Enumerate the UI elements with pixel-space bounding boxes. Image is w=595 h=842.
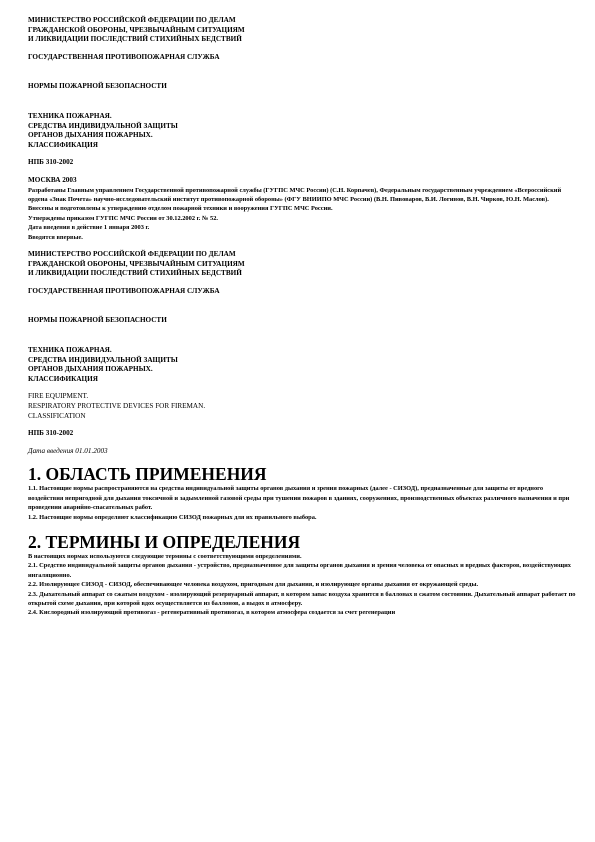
norms-label: НОРМЫ ПОЖАРНОЙ БЕЗОПАСНОСТИ <box>28 82 576 92</box>
document-page: МИНИСТЕРСТВО РОССИЙСКОЙ ФЕДЕРАЦИИ ПО ДЕЛ… <box>28 16 576 618</box>
section-2-paragraph: 2.2. Изолирующее СИЗОД - СИЗОД, обеспечи… <box>28 580 576 589</box>
section-1-paragraph: 1.2. Настоящие нормы определяют классифи… <box>28 513 576 522</box>
english-title-line: CLASSIFICATION <box>28 412 576 422</box>
document-title: ТЕХНИКА ПОЖАРНАЯ. СРЕДСТВА ИНДИВИДУАЛЬНО… <box>28 112 576 150</box>
title-line: ОРГАНОВ ДЫХАНИЯ ПОЖАРНЫХ. <box>28 365 576 375</box>
section-2-paragraph: 2.4. Кислородный изолирующий противогаз … <box>28 608 576 617</box>
title-line: КЛАССИФИКАЦИЯ <box>28 141 576 151</box>
english-title-line: RESPIRATORY PROTECTIVE DEVICES FOR FIREM… <box>28 402 576 412</box>
header-block-1: МИНИСТЕРСТВО РОССИЙСКОЙ ФЕДЕРАЦИИ ПО ДЕЛ… <box>28 16 576 186</box>
title-line: КЛАССИФИКАЦИЯ <box>28 375 576 385</box>
ministry-line: ГРАЖДАНСКОЙ ОБОРОНЫ, ЧРЕЗВЫЧАЙНЫМ СИТУАЦ… <box>28 26 576 36</box>
service-name: ГОСУДАРСТВЕННАЯ ПРОТИВОПОЖАРНАЯ СЛУЖБА <box>28 287 576 297</box>
section-1-paragraph: 1.1. Настоящие нормы распространяются на… <box>28 484 576 512</box>
section-2-intro: В настоящих нормах используются следующи… <box>28 552 576 561</box>
section-2-paragraph: 2.3. Дыхательный аппарат со сжатым возду… <box>28 590 576 609</box>
section-2-paragraph: 2.1. Средство индивидуальной защиты орга… <box>28 561 576 580</box>
title-line: СРЕДСТВА ИНДИВИДУАЛЬНОЙ ЗАЩИТЫ <box>28 356 576 366</box>
title-line: ОРГАНОВ ДЫХАНИЯ ПОЖАРНЫХ. <box>28 131 576 141</box>
ministry-line: МИНИСТЕРСТВО РОССИЙСКОЙ ФЕДЕРАЦИИ ПО ДЕЛ… <box>28 16 576 26</box>
english-title-line: FIRE EQUIPMENT. <box>28 392 576 402</box>
service-name: ГОСУДАРСТВЕННАЯ ПРОТИВОПОЖАРНАЯ СЛУЖБА <box>28 53 576 63</box>
approved-by: Утверждены приказом ГУГПС МЧС России от … <box>28 214 576 223</box>
document-code: НПБ 310-2002 <box>28 429 576 439</box>
norms-label: НОРМЫ ПОЖАРНОЙ БЕЗОПАСНОСТИ <box>28 316 576 326</box>
title-line: ТЕХНИКА ПОЖАРНАЯ. <box>28 112 576 122</box>
intro-date: Дата введения 01.01.2003 <box>28 447 576 457</box>
effective-date: Дата введения в действие 1 января 2003 г… <box>28 223 576 232</box>
document-title: ТЕХНИКА ПОЖАРНАЯ. СРЕДСТВА ИНДИВИДУАЛЬНО… <box>28 346 576 384</box>
ministry-line: И ЛИКВИДАЦИИ ПОСЛЕДСТВИЙ СТИХИЙНЫХ БЕДСТ… <box>28 269 576 279</box>
city-year: МОСКВА 2003 <box>28 176 576 186</box>
document-code: НПБ 310-2002 <box>28 158 576 168</box>
section-1-heading: 1. ОБЛАСТЬ ПРИМЕНЕНИЯ <box>28 464 576 484</box>
english-title: FIRE EQUIPMENT. RESPIRATORY PROTECTIVE D… <box>28 392 576 421</box>
ministry-line: ГРАЖДАНСКОЙ ОБОРОНЫ, ЧРЕЗВЫЧАЙНЫМ СИТУАЦ… <box>28 260 576 270</box>
first-time-note: Вводятся впервые. <box>28 233 576 242</box>
ministry-line: МИНИСТЕРСТВО РОССИЙСКОЙ ФЕДЕРАЦИИ ПО ДЕЛ… <box>28 250 576 260</box>
title-line: СРЕДСТВА ИНДИВИДУАЛЬНОЙ ЗАЩИТЫ <box>28 122 576 132</box>
section-2-heading: 2. ТЕРМИНЫ И ОПРЕДЕЛЕНИЯ <box>28 532 576 552</box>
introduced-by: Внесены и подготовлены к утверждению отд… <box>28 204 576 213</box>
title-line: ТЕХНИКА ПОЖАРНАЯ. <box>28 346 576 356</box>
ministry-line: И ЛИКВИДАЦИИ ПОСЛЕДСТВИЙ СТИХИЙНЫХ БЕДСТ… <box>28 35 576 45</box>
developed-by: Разработаны Главным управлением Государс… <box>28 186 576 205</box>
header-block-2: МИНИСТЕРСТВО РОССИЙСКОЙ ФЕДЕРАЦИИ ПО ДЕЛ… <box>28 250 576 456</box>
